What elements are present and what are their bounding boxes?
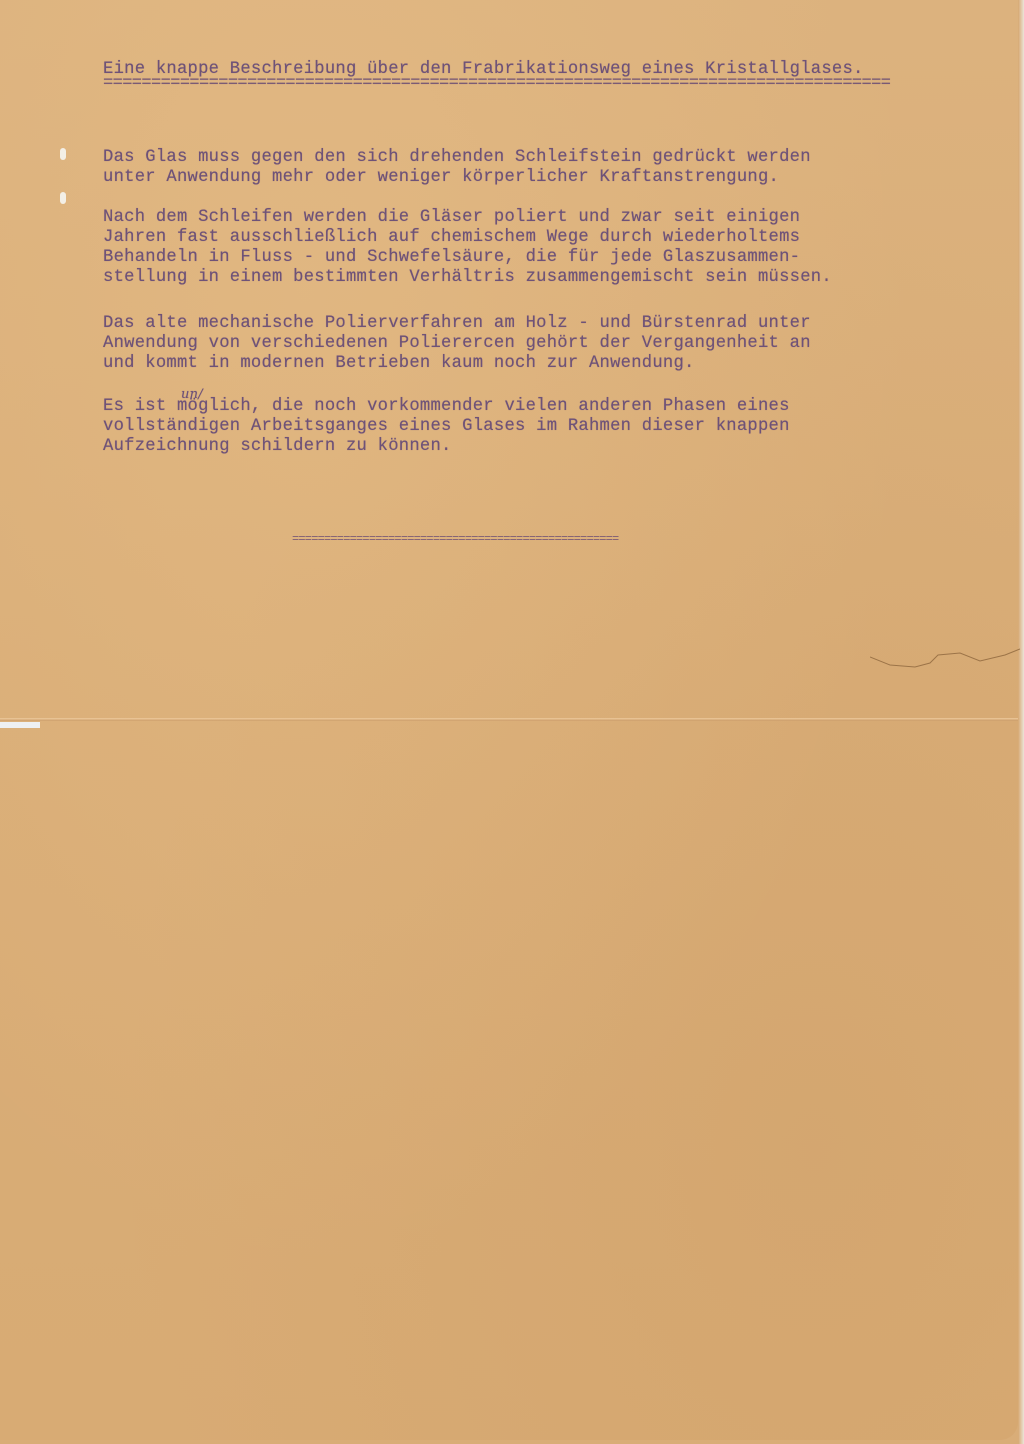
- paper-fold-gap: [0, 722, 40, 728]
- punch-hole-mark: [60, 148, 66, 160]
- paragraph-polishing: Nach dem Schleifen werden die Gläser pol…: [103, 208, 832, 288]
- text-line: unter Anwendung mehr oder weniger körper…: [103, 168, 811, 188]
- paper-edge: [1018, 0, 1024, 1444]
- text-line: Anwendung von verschiedenen Polierercen …: [103, 334, 811, 354]
- paragraph-grinding: Das Glas muss gegen den sich drehenden S…: [103, 148, 811, 188]
- handwritten-insert: un/: [181, 385, 203, 405]
- text-line: Behandeln in Fluss - und Schwefelsäure, …: [103, 248, 832, 268]
- text-line: Das alte mechanische Polierverfahren am …: [103, 314, 811, 334]
- text-line: Nach dem Schleifen werden die Gläser pol…: [103, 208, 832, 228]
- text-line: stellung in einem bestimmten Verhältris …: [103, 268, 832, 288]
- text-line: Jahren fast ausschließlich auf chemische…: [103, 228, 832, 248]
- text-line: Aufzeichnung schildern zu können.: [103, 437, 790, 457]
- closing-rule: ========================================…: [292, 532, 618, 546]
- typed-document: Eine knappe Beschreibung über den Frabri…: [103, 60, 1023, 94]
- title-underline: ========================================…: [103, 74, 1023, 94]
- text-line: vollständigen Arbeitsganges eines Glases…: [103, 417, 790, 437]
- text-line: und kommt in modernen Betrieben kaum noc…: [103, 354, 811, 374]
- paragraph-conclusion: un/ Es ist möglich, die noch vorkommende…: [103, 397, 790, 457]
- text-line: Es ist möglich, die noch vorkommender vi…: [103, 397, 790, 417]
- paper-fold-crease: [0, 718, 1018, 721]
- paragraph-mechanical-polishing: Das alte mechanische Polierverfahren am …: [103, 314, 811, 374]
- text-line: Das Glas muss gegen den sich drehenden S…: [103, 148, 811, 168]
- paper-tear-mark: [870, 645, 1020, 675]
- punch-hole-mark: [60, 192, 66, 204]
